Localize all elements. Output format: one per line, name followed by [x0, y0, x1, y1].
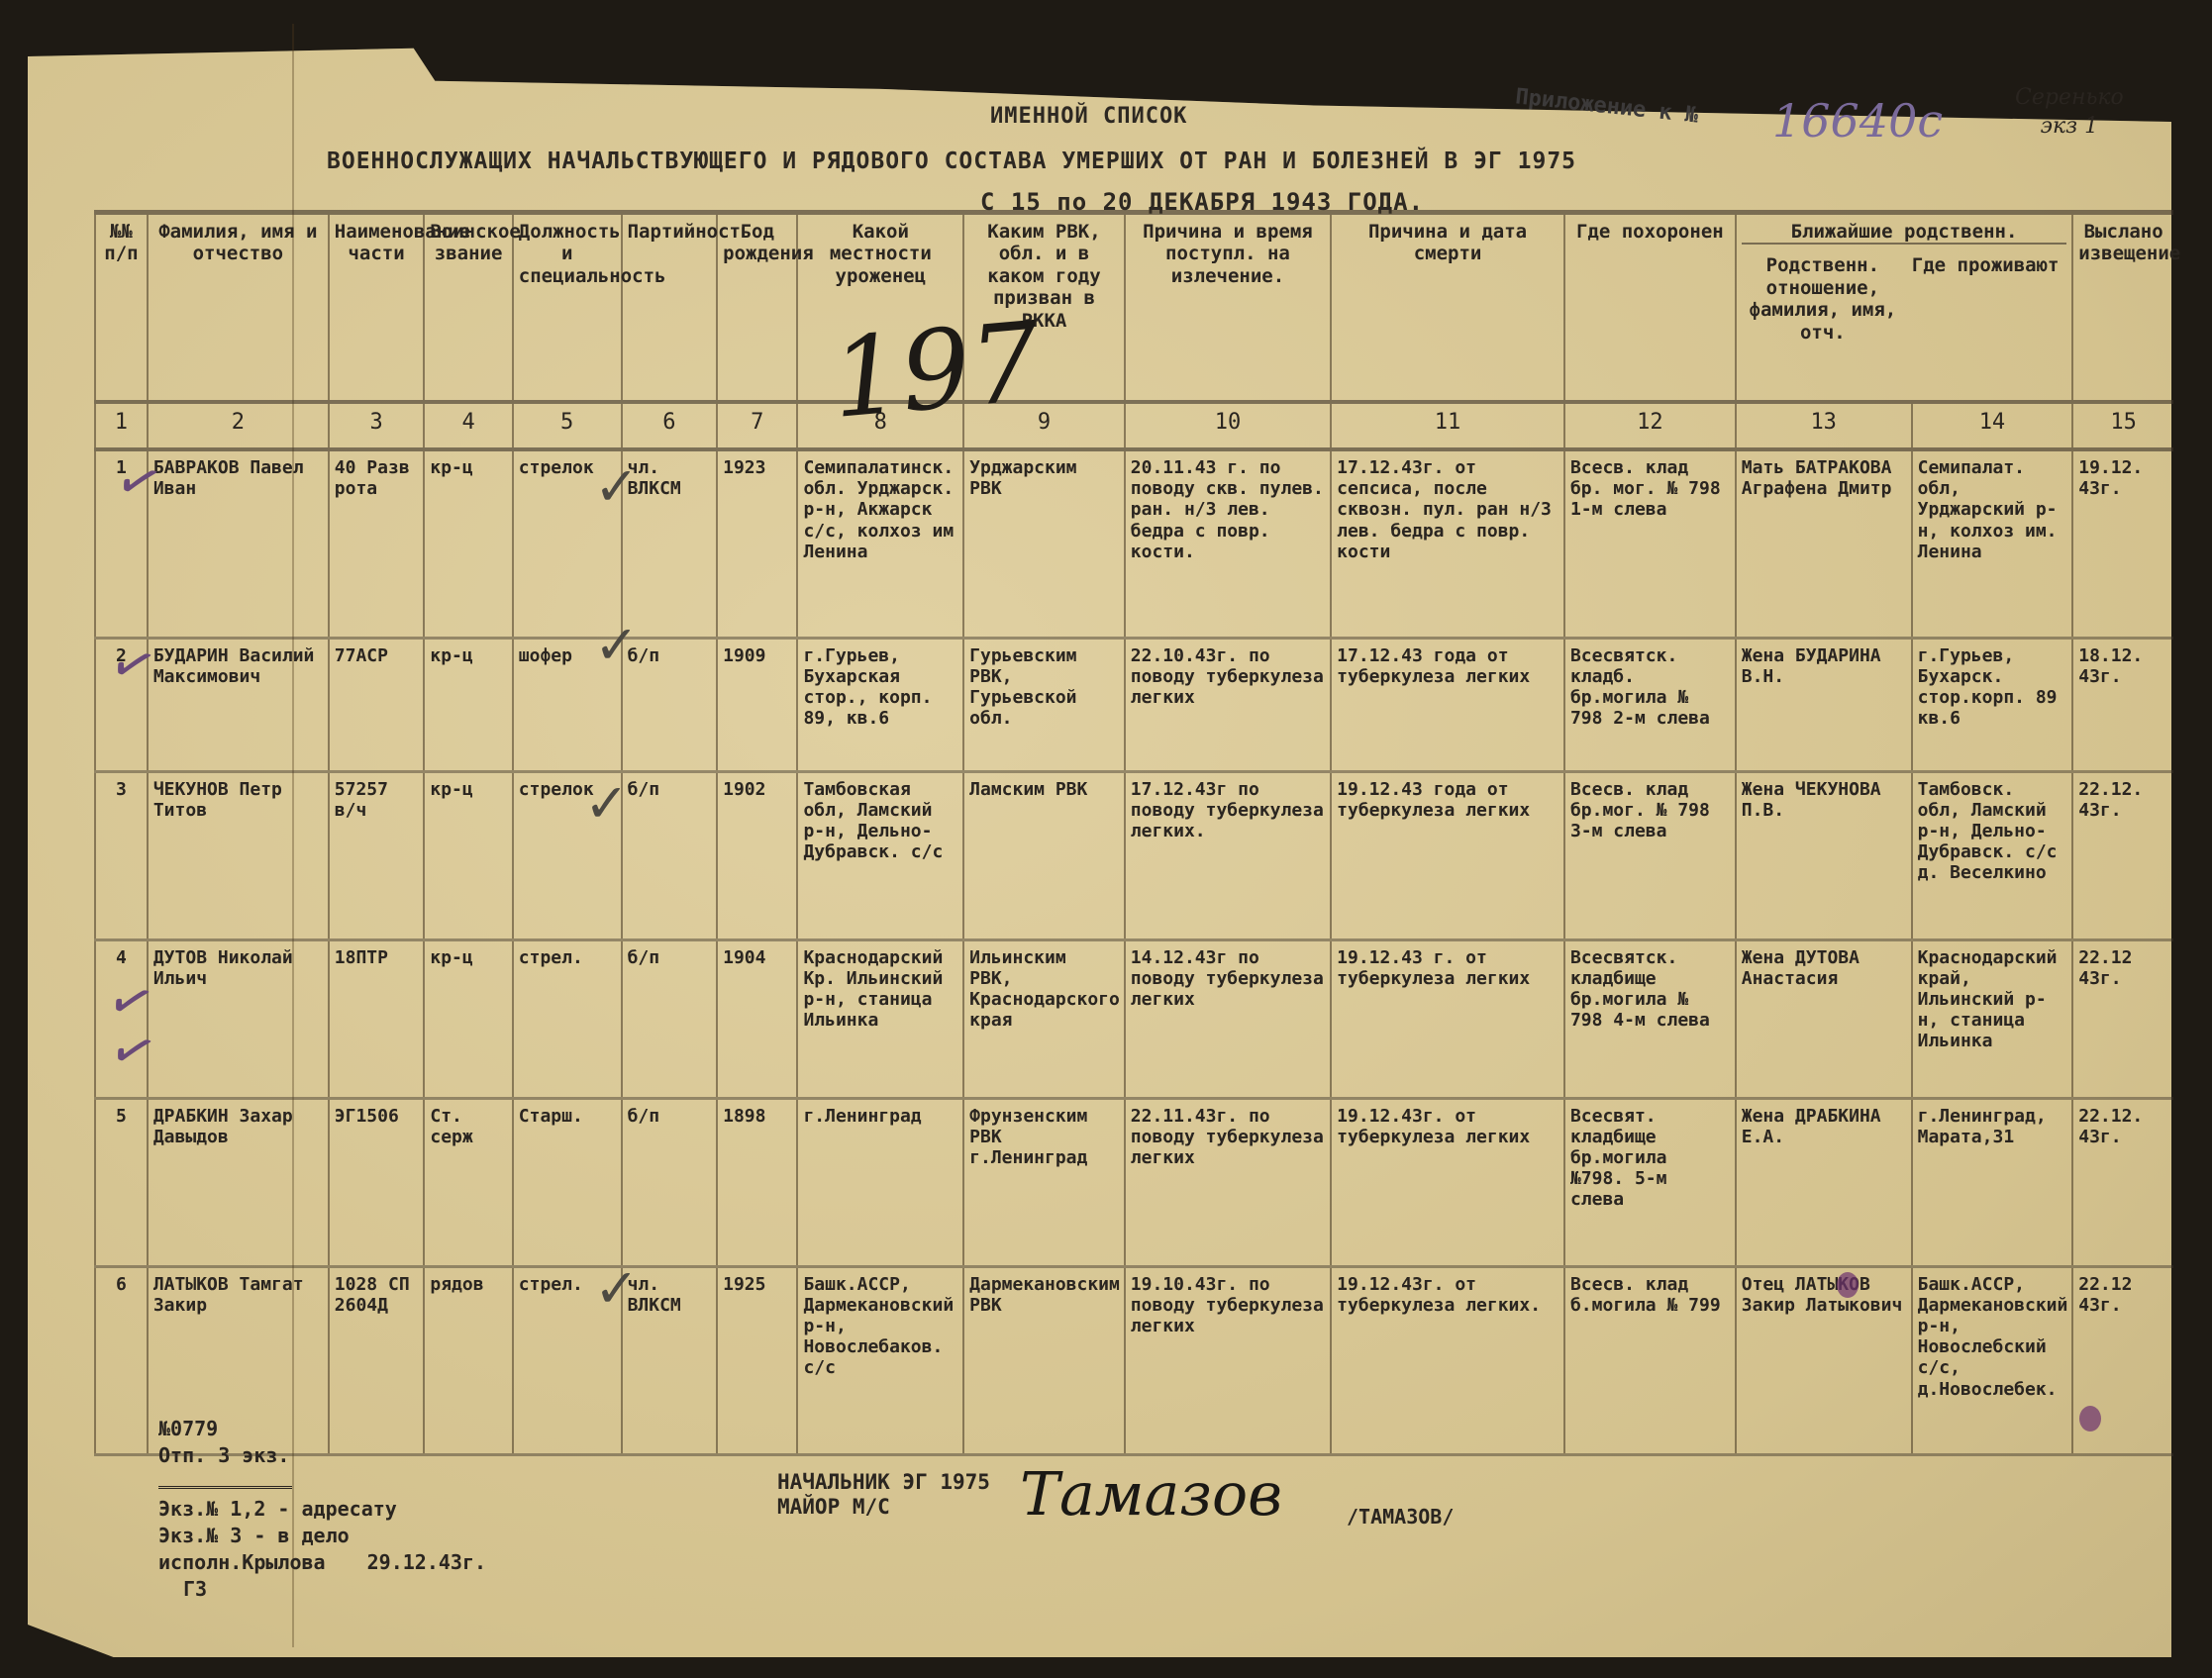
cell-relative-address: г.Гурьев, Бухарск. стор.корп. 89 кв.6: [1912, 638, 2073, 771]
ink-smudge: [1837, 1272, 1859, 1298]
cell-rank: кр-ц: [424, 771, 512, 939]
cell-birth-year: 1923: [717, 449, 797, 638]
cell-num: 5: [95, 1098, 148, 1266]
cell-admission: 22.10.43г. по поводу туберкулеза легких: [1125, 638, 1331, 771]
col-num: 7: [717, 402, 797, 449]
cell-rank: кр-ц: [424, 939, 512, 1098]
cell-burial: Всесв. клад б.могила № 799: [1564, 1266, 1736, 1454]
cell-death: 17.12.43г. от сепсиса, после сквозн. пул…: [1331, 449, 1564, 638]
cell-death: 19.12.43 г. от туберкулеза легких: [1331, 939, 1564, 1098]
col-num: 1: [95, 402, 148, 449]
relatives-group-header: Ближайшие родственн.: [1742, 221, 2067, 245]
executor: исполн.Крылова: [158, 1550, 326, 1574]
cell-birthplace: Башк.АССР, Дармекановский р-н, Новослеба…: [797, 1266, 963, 1454]
cell-admission: 19.10.43г. по поводу туберкулеза легких: [1125, 1266, 1331, 1454]
check-mark-icon: ✓: [594, 1257, 639, 1320]
col-header-position: Должность и специальность: [513, 213, 622, 403]
cell-num: 6: [95, 1266, 148, 1454]
col-num: 12: [1564, 402, 1736, 449]
table-row: 2БУДАРИН Василий Максимович77АСРкр-цшофе…: [95, 638, 2173, 771]
table-row: 5ДРАБКИН Захар ДавыдовЭГ1506Ст. сержСтар…: [95, 1098, 2173, 1266]
header-row: №№ п/п Фамилия, имя и отчество Наименова…: [95, 213, 2173, 403]
col-header-notice: Выслано извещение: [2072, 213, 2173, 403]
cell-rank: кр-ц: [424, 449, 512, 638]
cell-name: ЧЕКУНОВ Петр Титов: [148, 771, 329, 939]
col-header-num: №№ п/п: [95, 213, 148, 403]
cell-party: б/п: [622, 771, 718, 939]
cell-relative: Мать БАТРАКОВА Аграфена Дмитр: [1736, 449, 1912, 638]
cell-notice-sent: 22.12. 43г.: [2072, 771, 2173, 939]
signature-name: /ТАМАЗОВ/: [1347, 1505, 1454, 1529]
cell-drafted-by: Дармекановским РВК: [963, 1266, 1125, 1454]
cell-birthplace: Семипалатинск. обл. Урджарск. р-н, Акжар…: [797, 449, 963, 638]
chief-title: НАЧАЛЬНИК ЭГ 1975 МАЙОР М/С: [777, 1470, 990, 1520]
cell-party: б/п: [622, 1098, 718, 1266]
col-header-unit: Наименование части: [329, 213, 425, 403]
cell-name: БАВРАКОВ Павел Иван: [148, 449, 329, 638]
cell-relative-address: г.Ленинград, Марата,31: [1912, 1098, 2073, 1266]
cell-unit: 18ПТР: [329, 939, 425, 1098]
ink-smudge: [2079, 1406, 2101, 1431]
col-num: 5: [513, 402, 622, 449]
copy-1-2-note: Экз.№ 1,2 - адресату: [158, 1496, 486, 1523]
column-number-row: 1 2 3 4 5 6 7 8 9 10 11 12 13 14 15: [95, 402, 2173, 449]
col-header-admission: Причина и время поступл. на излечение.: [1125, 213, 1331, 403]
cell-position: стрел.: [513, 939, 622, 1098]
col-header-death: Причина и дата смерти: [1331, 213, 1564, 403]
cell-birth-year: 1904: [717, 939, 797, 1098]
cell-death: 17.12.43 года от туберкулеза легких: [1331, 638, 1564, 771]
corner-note: Серенько экз 1: [2015, 84, 2124, 141]
typist-initials: ГЗ: [158, 1576, 486, 1603]
cell-rank: кр-ц: [424, 638, 512, 771]
col-num: 10: [1125, 402, 1331, 449]
cell-name: ДРАБКИН Захар Давыдов: [148, 1098, 329, 1266]
signature: Тамазов: [1020, 1460, 1282, 1530]
cell-burial: Всесвятск. кладбище бр.могила № 798 4-м …: [1564, 939, 1736, 1098]
cell-burial: Всесвят. кладбище бр.могила №798. 5-м сл…: [1564, 1098, 1736, 1266]
cell-name: ДУТОВ Николай Ильич: [148, 939, 329, 1098]
cell-position: Старш.: [513, 1098, 622, 1266]
deceased-list-table: №№ п/п Фамилия, имя и отчество Наименова…: [94, 210, 2173, 1456]
chief-title-line1: НАЧАЛЬНИК ЭГ 1975: [777, 1470, 990, 1495]
cell-unit: 57257 в/ч: [329, 771, 425, 939]
cell-unit: 77АСР: [329, 638, 425, 771]
cell-drafted-by: Гурьевским РВК, Гурьевской обл.: [963, 638, 1125, 771]
cell-birthplace: г.Ленинград: [797, 1098, 963, 1266]
corner-note-line1: Серенько: [2015, 84, 2124, 113]
cell-birthplace: Краснодарский Кр. Ильинский р-н, станица…: [797, 939, 963, 1098]
cell-birth-year: 1898: [717, 1098, 797, 1266]
col-num: 6: [622, 402, 718, 449]
col-num: 2: [148, 402, 329, 449]
cell-death: 19.12.43г. от туберкулеза легких: [1331, 1098, 1564, 1266]
cell-admission: 20.11.43 г. по поводу скв. пулев. ран. н…: [1125, 449, 1331, 638]
cell-notice-sent: 22.12 43г.: [2072, 939, 2173, 1098]
distribution-notes: №0779 Отп. 3 экз. Экз.№ 1,2 - адресату Э…: [158, 1416, 486, 1603]
table-row: 1БАВРАКОВ Павел Иван40 Разв ротакр-цстре…: [95, 449, 2173, 638]
cell-admission: 17.12.43г по поводу туберкулеза легких.: [1125, 771, 1331, 939]
cell-burial: Всесв. клад бр.мог. № 798 3-м слева: [1564, 771, 1736, 939]
cell-relative: Жена ДРАБКИНА Е.А.: [1736, 1098, 1912, 1266]
cell-relative-address: Семипалат. обл, Урджарский р-н, колхоз и…: [1912, 449, 2073, 638]
cell-rank: Ст. серж: [424, 1098, 512, 1266]
col-num: 15: [2072, 402, 2173, 449]
handwritten-mark: 197: [827, 298, 1045, 443]
document-title: ИМЕННОЙ СПИСОК: [990, 104, 1187, 129]
cell-admission: 22.11.43г. по поводу туберкулеза легких: [1125, 1098, 1331, 1266]
cell-relative: Жена ДУТОВА Анастасия: [1736, 939, 1912, 1098]
check-mark-icon: ✓: [584, 772, 629, 835]
cell-drafted-by: Ламским РВК: [963, 771, 1125, 939]
cell-relative: Жена БУДАРИНА В.Н.: [1736, 638, 1912, 771]
cell-drafted-by: Ильинским РВК, Краснодарского края: [963, 939, 1125, 1098]
cell-drafted-by: Фрунзенским РВК г.Ленинград: [963, 1098, 1125, 1266]
cell-party: б/п: [622, 939, 718, 1098]
col-num: 13: [1736, 402, 1912, 449]
document-subtitle: ВОЕННОСЛУЖАЩИХ НАЧАЛЬСТВУЮЩЕГО И РЯДОВОГ…: [327, 148, 1576, 174]
cell-unit: 40 Разв рота: [329, 449, 425, 638]
cell-name: БУДАРИН Василий Максимович: [148, 638, 329, 771]
col-num: 4: [424, 402, 512, 449]
cell-death: 19.12.43г. от туберкулеза легких.: [1331, 1266, 1564, 1454]
table-row: 3ЧЕКУНОВ Петр Титов57257 в/чкр-цстрелокб…: [95, 771, 2173, 939]
col-header-rank: Воинское звание: [424, 213, 512, 403]
cell-birthplace: Тамбовская обл, Ламский р-н, Дельно-Дубр…: [797, 771, 963, 939]
cell-burial: Всесвятск. кладб. бр.могила № 798 2-м сл…: [1564, 638, 1736, 771]
cell-birth-year: 1909: [717, 638, 797, 771]
col-num: 14: [1912, 402, 2073, 449]
cell-birth-year: 1902: [717, 771, 797, 939]
col-header-name: Фамилия, имя и отчество: [148, 213, 329, 403]
col-num: 3: [329, 402, 425, 449]
cell-num: 3: [95, 771, 148, 939]
cell-notice-sent: 19.12. 43г.: [2072, 449, 2173, 638]
cell-relative-address: Краснодарский край, Ильинский р-н, стани…: [1912, 939, 2073, 1098]
cell-admission: 14.12.43г по поводу туберкулеза легких: [1125, 939, 1331, 1098]
cell-relative-address: Башк.АССР, Дармекановский р-н, Новослебс…: [1912, 1266, 2073, 1454]
cell-notice-sent: 22.12. 43г.: [2072, 1098, 2173, 1266]
copy-3-note: Экз.№ 3 - в дело: [158, 1523, 486, 1549]
col-num: 11: [1331, 402, 1564, 449]
col-header-relative-address: Где проживают: [1904, 254, 2066, 344]
col-header-relatives: Ближайшие родственн. Родственн. отношени…: [1736, 213, 2073, 403]
cell-relative: Отец ЛАТЫКОВ Закир Латыкович: [1736, 1266, 1912, 1454]
registration-number: 16640с: [1772, 94, 1943, 148]
check-mark-icon: ✓: [594, 455, 639, 518]
check-mark-icon: ✓: [594, 614, 639, 676]
cell-drafted-by: Урджарским РВК: [963, 449, 1125, 638]
execution-date: 29.12.43г.: [367, 1550, 486, 1574]
cell-death: 19.12.43 года от туберкулеза легких: [1331, 771, 1564, 939]
cell-unit: ЭГ1506: [329, 1098, 425, 1266]
col-header-party: Партийность: [622, 213, 718, 403]
cell-notice-sent: 18.12. 43г.: [2072, 638, 2173, 771]
cell-birth-year: 1925: [717, 1266, 797, 1454]
double-rule: [158, 1486, 292, 1489]
table-row: 4ДУТОВ Николай Ильич18ПТРкр-цстрел.б/п19…: [95, 939, 2173, 1098]
cell-relative: Жена ЧЕКУНОВА П.В.: [1736, 771, 1912, 939]
col-header-relative: Родственн. отношение, фамилия, имя, отч.: [1742, 254, 1904, 344]
table-body: 1БАВРАКОВ Павел Иван40 Разв ротакр-цстре…: [95, 449, 2173, 1454]
cell-birthplace: г.Гурьев, Бухарская стор., корп. 89, кв.…: [797, 638, 963, 771]
reference-number: №0779: [158, 1416, 486, 1442]
chief-title-line2: МАЙОР М/С: [777, 1495, 990, 1520]
corner-note-line2: экз 1: [2015, 113, 2124, 142]
cell-burial: Всесв. клад бр. мог. № 798 1-м слева: [1564, 449, 1736, 638]
col-header-burial: Где похоронен: [1564, 213, 1736, 403]
cell-relative-address: Тамбовск. обл, Ламский р-н, Дельно-Дубра…: [1912, 771, 2073, 939]
copies-count: Отп. 3 экз.: [158, 1442, 486, 1469]
